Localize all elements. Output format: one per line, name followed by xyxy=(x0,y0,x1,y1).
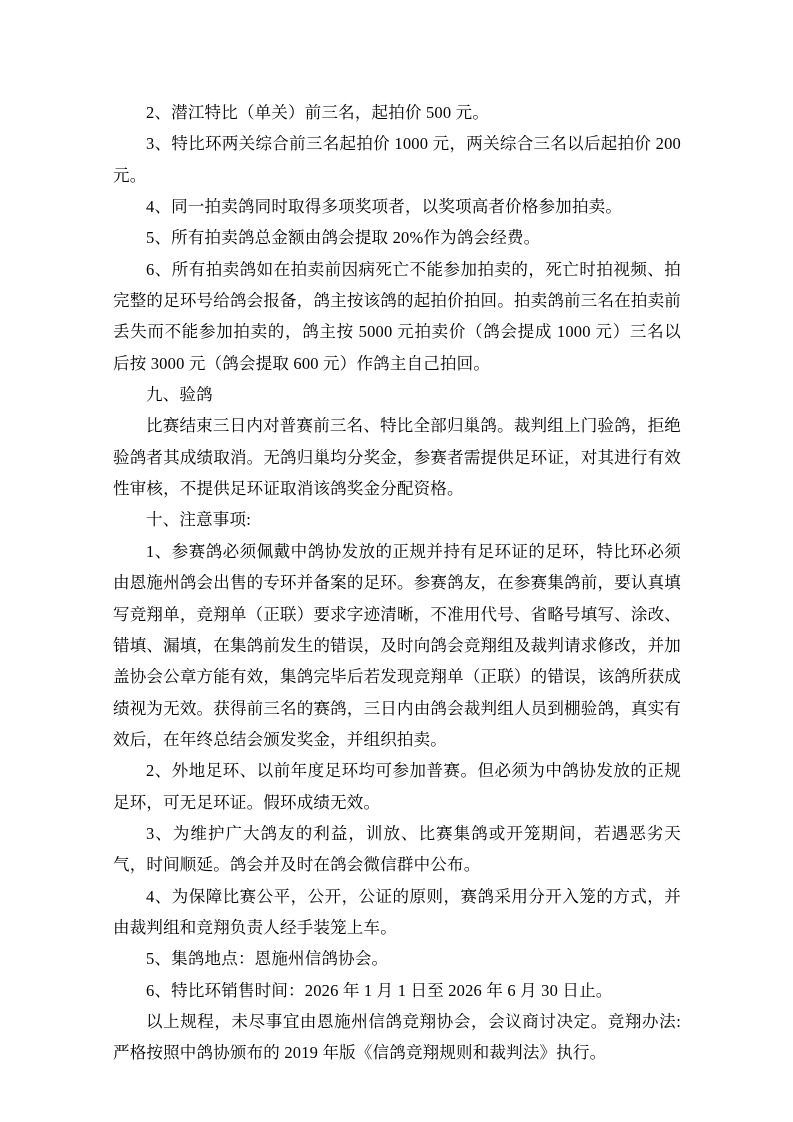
paragraph-note-3: 3、为维护广大鸽友的利益，训放、比赛集鸽或开笼期间，若遇恶劣天气，时间顺延。鸽会… xyxy=(113,818,681,881)
paragraph-note-5: 5、集鸽地点：恩施州信鸽协会。 xyxy=(113,943,681,974)
paragraph-note-2: 2、外地足环、以前年度足环均可参加普赛。但必须为中鸽协发放的正规足环，可无足环证… xyxy=(113,755,681,818)
paragraph-auction-item-3: 3、特比环两关综合前三名起拍价 1000 元，两关综合三名以后起拍价 200 元… xyxy=(113,128,681,191)
paragraph-note-1: 1、参赛鸽必须佩戴中鸽协发放的正规并持有足环证的足环，特比环必须由恩施州鸽会出售… xyxy=(113,536,681,755)
heading-section-9-pigeon-inspection: 九、验鸽 xyxy=(113,379,681,410)
paragraph-note-6: 6、特比环销售时间：2026 年 1 月 1 日至 2026 年 6 月 30 … xyxy=(113,975,681,1006)
paragraph-auction-item-6: 6、所有拍卖鸽如在拍卖前因病死亡不能参加拍卖的，死亡时拍视频、拍完整的足环号给鸽… xyxy=(113,254,681,379)
paragraph-auction-item-5: 5、所有拍卖鸽总金额由鸽会提取 20%作为鸽会经费。 xyxy=(113,222,681,253)
paragraph-auction-item-4: 4、同一拍卖鸽同时取得多项奖项者，以奖项高者价格参加拍卖。 xyxy=(113,191,681,222)
paragraph-auction-item-2: 2、潜江特比（单关）前三名，起拍价 500 元。 xyxy=(113,97,681,128)
paragraph-closing: 以上规程，未尽事宜由恩施州信鸽竞翔协会，会议商讨决定。竞翔办法:严格按照中鸽协颁… xyxy=(113,1006,681,1069)
document-page: 2、潜江特比（单关）前三名，起拍价 500 元。 3、特比环两关综合前三名起拍价… xyxy=(0,0,793,1122)
paragraph-inspection-rules: 比赛结束三日内对普赛前三名、特比全部归巢鸽。裁判组上门验鸽，拒绝验鸽者其成绩取消… xyxy=(113,410,681,504)
heading-section-10-notes: 十、注意事项: xyxy=(113,504,681,535)
paragraph-note-4: 4、为保障比赛公平，公开，公证的原则，赛鸽采用分开入笼的方式，并由裁判组和竞翔负… xyxy=(113,881,681,944)
